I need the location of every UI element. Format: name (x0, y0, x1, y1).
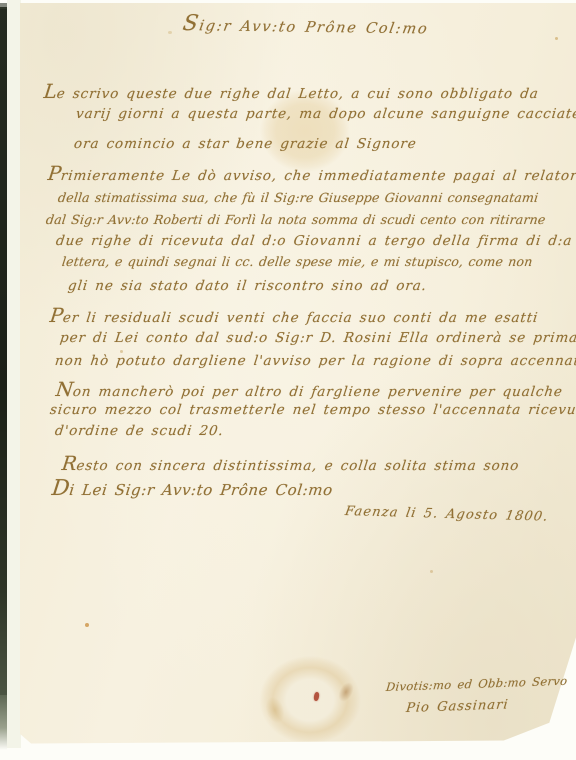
foxing-speck (430, 570, 433, 573)
scanned-letter: Sig:r Avv:to Prône Col:mo Le scrivo ques… (0, 0, 576, 760)
body-line: per di Lei conto dal sud:o Sig:r D. Rosi… (59, 331, 576, 346)
body-line: lettera, e quindi segnai li cc. delle sp… (61, 255, 533, 269)
valediction-line: Di Lei Sig:r Avv:to Prône Col:mo (51, 477, 335, 501)
scan-gutter (7, 0, 21, 748)
body-line: d'ordine de scudi 20. (54, 424, 224, 439)
salutation-line: Sig:r Avv:to Prône Col:mo (181, 12, 431, 39)
scan-left-border-fade (0, 695, 7, 750)
closing-line: Resto con sincera distintissima, e colla… (61, 453, 521, 475)
foxing-speck (85, 623, 89, 627)
body-line: ora comincio a star bene grazie al Signo… (73, 137, 417, 152)
body-line: Non mancherò poi per altro di fargliene … (55, 379, 565, 401)
body-line: Per li residuali scudi venti che faccia … (49, 305, 540, 327)
body-line: della stimatissima sua, che fù il Sig:re… (57, 191, 539, 205)
body-line: dal Sig:r Avv:to Roberti di Forlì la not… (45, 213, 546, 227)
body-line: sicuro mezzo col trasmetterle nel tempo … (49, 403, 576, 418)
body-line: Le scrivo queste due righe dal Letto, a … (43, 81, 541, 103)
scan-left-border (0, 7, 7, 695)
body-line: non hò potuto dargliene l'avviso per la … (54, 354, 576, 369)
body-line: varij giorni a questa parte, ma dopo alc… (75, 107, 576, 122)
body-line: Primieramente Le dò avviso, che immediat… (47, 163, 576, 185)
body-line: due righe di ricevuta dal d:o Giovanni a… (55, 234, 573, 249)
foxing-speck (555, 37, 558, 40)
foxing-speck (168, 31, 172, 34)
body-line: gli ne sia stato dato il riscontro sino … (67, 279, 428, 294)
